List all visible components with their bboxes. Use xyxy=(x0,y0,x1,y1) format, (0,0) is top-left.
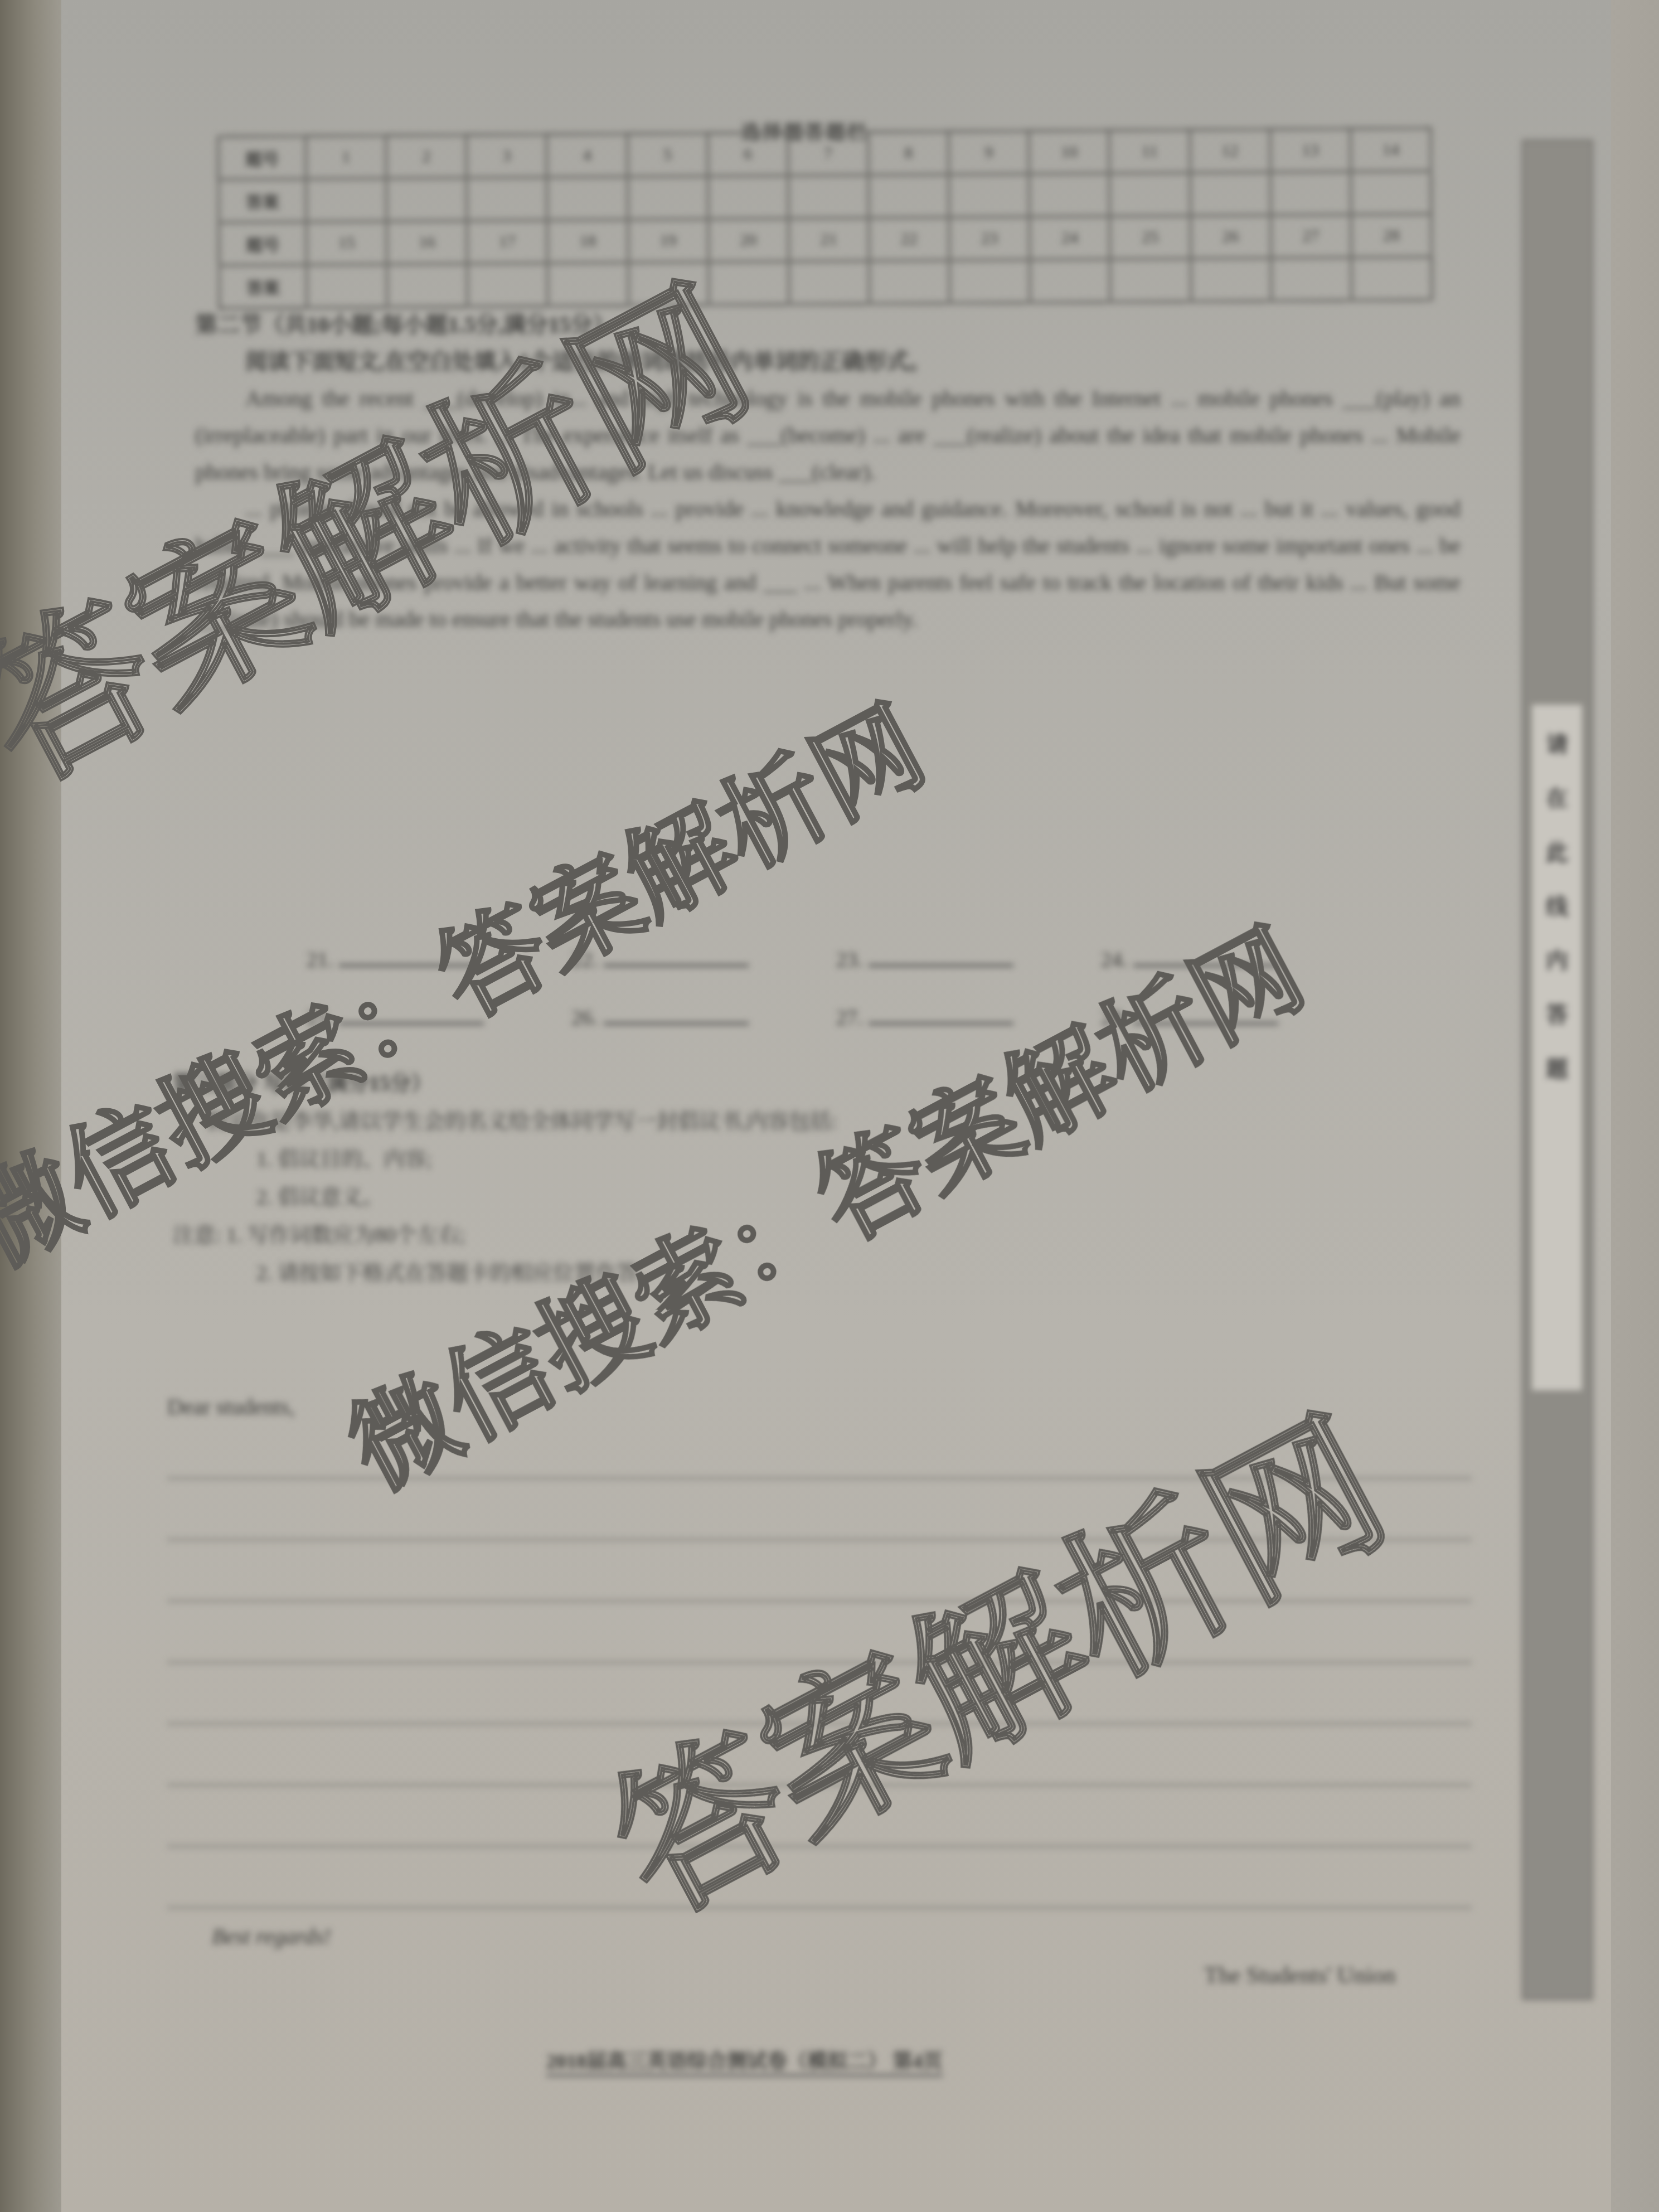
letter-closing: Best regards! xyxy=(212,1923,331,1949)
section-header: 第二节（共10小题;每小题1.5分,满分15分） xyxy=(195,307,1461,343)
answer-blank[interactable]: 26. xyxy=(571,1006,836,1030)
binding-strip: 请在 此线 内答 题 xyxy=(1522,139,1593,2000)
binding-strip-window: 请在 此线 内答 题 xyxy=(1532,705,1582,1390)
answer-table: 题号 1234567891011121314 答案 题号 15161718192… xyxy=(217,127,1433,309)
letter-signature: The Students' Union xyxy=(1204,1962,1396,1989)
answer-blank[interactable]: 23. xyxy=(836,948,1101,972)
writing-line[interactable] xyxy=(167,1907,1472,1909)
page-footer: 2018届高三英语综合测试卷（模拟二） 第4页 xyxy=(546,2046,943,2077)
table-row: 答案 xyxy=(219,257,1432,308)
letter-greeting: Dear students, xyxy=(167,1394,295,1420)
